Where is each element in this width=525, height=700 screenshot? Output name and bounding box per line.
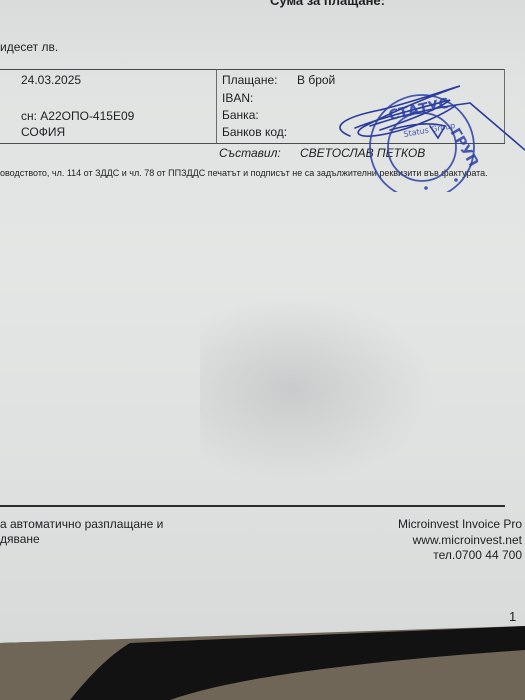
table-divider (216, 70, 217, 144)
amount-due-label: Сума за плащане: (270, 0, 385, 8)
software-phone: тел.0700 44 700 (433, 548, 522, 562)
background-surface (0, 620, 525, 700)
software-name: Microinvest Invoice Pro (398, 517, 522, 531)
company-stamp-icon: СТАТУС ГРУП Status Group (366, 92, 478, 192)
footer-divider (0, 505, 505, 507)
invoice-paper: Сума за плащане: идесет лв. 24.03.2025 с… (0, 0, 525, 672)
table-top-border (0, 69, 505, 70)
footer-left-line2: дяване (0, 532, 40, 546)
svg-text:Status Group: Status Group (403, 121, 456, 139)
footer-left-line1: а автоматично разплащане и (0, 517, 163, 531)
city: СОФИЯ (21, 125, 65, 139)
invoice-date: 24.03.2025 (21, 73, 81, 87)
serial-number: сн: А22ОПО-415Е09 (21, 109, 134, 123)
amount-in-words: идесет лв. (0, 40, 58, 54)
paper-crease (200, 300, 460, 500)
bank-label: Банка: (222, 108, 259, 122)
iban-label: IBAN: (222, 91, 253, 105)
software-website[interactable]: www.microinvest.net (413, 533, 522, 547)
